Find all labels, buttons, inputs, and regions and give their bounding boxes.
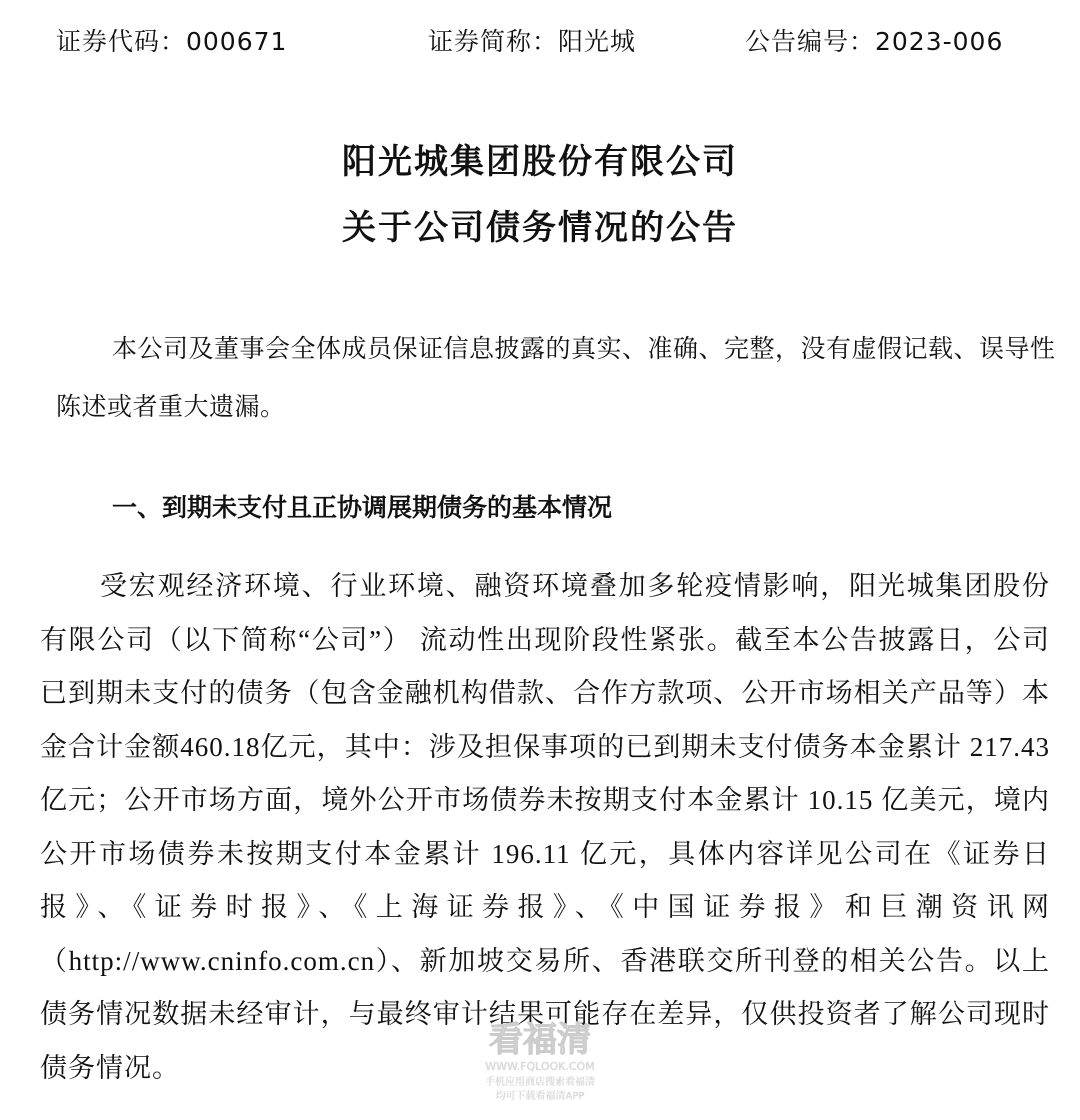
document-header: 证券代码：000671 证券简称：阳光城 公告编号：2023-006: [0, 22, 1080, 62]
section-heading: 一、到期未支付且正协调展期债务的基本情况: [112, 488, 612, 524]
security-short-name: 证券简称：阳光城: [428, 22, 636, 58]
section-paragraph: 受宏观经济环境、行业环境、融资环境叠加多轮疫情影响，阳光城集团股份有限公司（以下…: [40, 560, 1050, 1095]
document-title-company: 阳光城集团股份有限公司: [0, 134, 1080, 183]
security-code: 证券代码：000671: [56, 22, 287, 58]
document-title-subject: 关于公司债务情况的公告: [0, 200, 1080, 249]
announcement-number: 公告编号：2023-006: [745, 22, 1003, 58]
board-statement: 本公司及董事会全体成员保证信息披露的真实、准确、完整，没有虚假记载、误导性陈述或…: [56, 320, 1066, 436]
